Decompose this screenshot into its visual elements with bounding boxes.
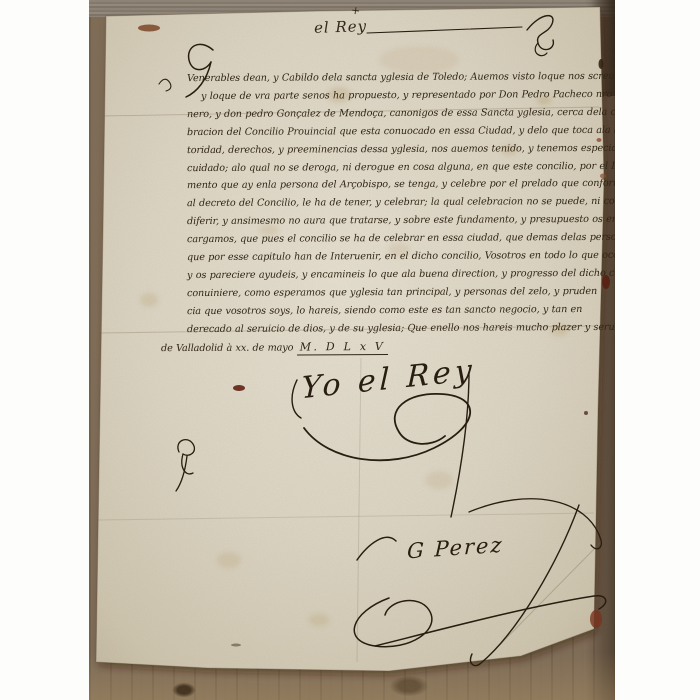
- document-photo: + el Rey Venerables dean, y Cabildo dela…: [89, 0, 615, 700]
- heading-title: el Rey: [314, 17, 368, 37]
- text-line: y os pareciere ayudeis, y encamineis lo …: [187, 265, 607, 285]
- text-line: nero, y don pedro Gonçalez de Mendoça, c…: [187, 104, 607, 124]
- date-year-roman: M. D L x V: [297, 340, 389, 355]
- letter-heading: + el Rey: [314, 17, 574, 36]
- text-line: cia que vosotros soys, lo hareis, siendo…: [187, 301, 607, 321]
- date-place-text: de Valladolid à xx. de mayo: [161, 342, 293, 354]
- text-line: derecado al seruicio de dios, y de su yg…: [187, 319, 607, 339]
- cross-mark: +: [350, 3, 361, 17]
- text-line: conuiniere, como esperamos que yglesia t…: [187, 283, 607, 303]
- letter-body: Venerables dean, y Cabildo dela sancta y…: [187, 69, 607, 357]
- text-line: y loque de vra parte senos ha propuesto,…: [201, 86, 607, 106]
- text-line: que por esse capitulo han de Interuenir,…: [187, 247, 607, 267]
- wood-bottom-plank: [89, 652, 615, 700]
- text-line: cargamos, que pues el concilio se ha de …: [187, 229, 607, 249]
- white-margin-right: [615, 0, 700, 700]
- text-line: toridad, derechos, y preeminencias dessa…: [187, 140, 607, 160]
- white-margin-left: [0, 0, 89, 700]
- date-line: de Valladolid à xx. de mayo M. D L x V: [161, 336, 607, 357]
- text-line: bracion del Concilio Prouincial que esta…: [187, 122, 607, 142]
- text-line: Venerables dean, y Cabildo dela sancta y…: [187, 68, 607, 88]
